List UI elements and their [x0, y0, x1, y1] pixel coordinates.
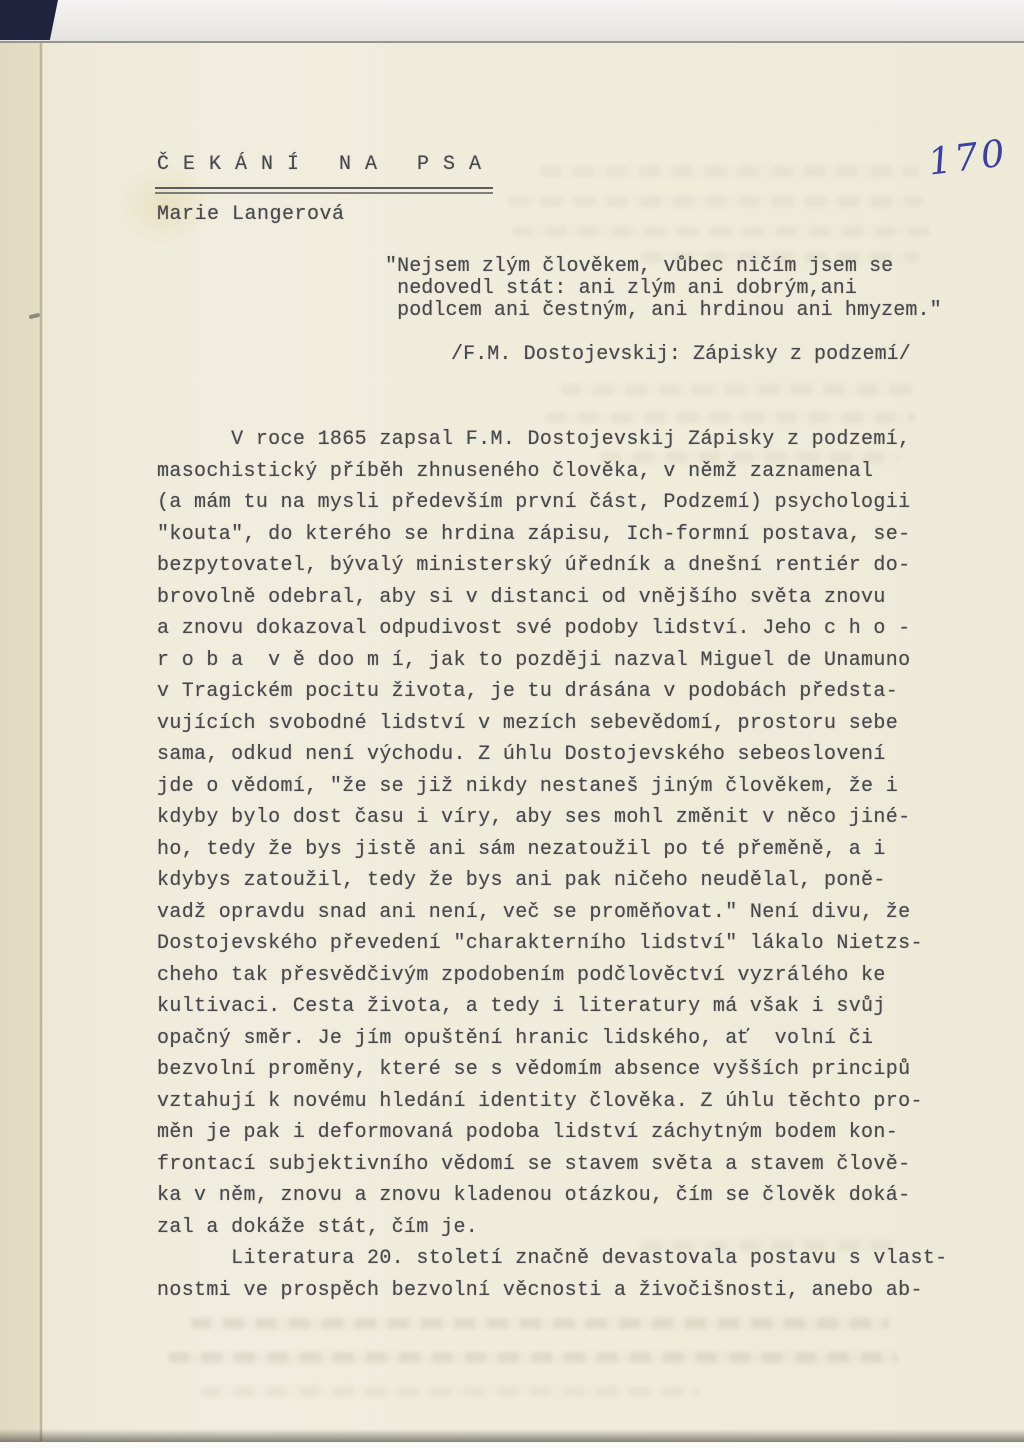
typescript-line: nostmi ve prospěch bezvolní věcnosti a ž…	[157, 1275, 948, 1307]
typescript-line: V roce 1865 zapsal F.M. Dostojevskij Záp…	[157, 424, 948, 456]
bleed-through-text	[512, 226, 932, 237]
typescript-line: kdybys zatoužil, tedy že bys ani pak nič…	[157, 865, 948, 897]
bleed-through-text	[540, 166, 920, 177]
typescript-line: kdyby bylo dost času i víry, aby ses moh…	[157, 802, 948, 834]
typescript-line: Dostojevského převedení "charakterního l…	[157, 928, 948, 960]
typescript-line: a znovu dokazoval odpudivost své podoby …	[157, 613, 948, 645]
typescript-line: podlcem ani čestným, ani hrdinou ani hmy…	[385, 300, 942, 322]
typescript-line: ho, tedy že bys jistě ani sám nezatoužil…	[157, 834, 948, 866]
typescript-line: zal a dokáže stát, čím je.	[157, 1212, 948, 1244]
bleed-through-text	[545, 412, 915, 423]
typescript-line: měn je pak i deformovaná podoba lidství …	[157, 1117, 948, 1149]
scanned-typescript-page: 170 Č E K Á N Í N A P S A Marie Langerov…	[0, 0, 1024, 1448]
typescript-line: "kouta", do kterého se hrdina zápisu, Ic…	[157, 519, 948, 551]
typescript-line: vadž opravdu snad ani není, več se promě…	[157, 897, 948, 929]
bleed-through-text	[168, 1352, 898, 1363]
typescript-line: v Tragickém pocitu života, je tu drásána…	[157, 676, 948, 708]
bleed-through-text	[200, 1386, 700, 1397]
typescript-line: (a mám tu na mysli především první část,…	[157, 487, 948, 519]
typescript-line: opačný směr. Je jím opuštění hranic lids…	[157, 1023, 948, 1055]
body-text: V roce 1865 zapsal F.M. Dostojevskij Záp…	[157, 424, 948, 1306]
scan-bottom-strip	[0, 1442, 1024, 1448]
binding-corner-block	[0, 0, 58, 40]
typescript-line: bezvolní proměny, které se s vědomím abs…	[157, 1054, 948, 1086]
typescript-line: jde o vědomí, "že se již nikdy nestaneš …	[157, 771, 948, 803]
typescript-line: brovolně odebral, aby si v distanci od v…	[157, 582, 948, 614]
bleed-through-text	[560, 384, 920, 395]
typescript-line: cheho tak přesvědčivým zpodobením podčlo…	[157, 960, 948, 992]
page-crease-line	[40, 43, 42, 1441]
page-title: Č E K Á N Í N A P S A	[157, 153, 482, 176]
typescript-line: r o b a v ě doo m í, jak to později nazv…	[157, 645, 948, 677]
epigraph-quote: "Nejsem zlým člověkem, vůbec ničím jsem …	[385, 256, 942, 322]
author-name: Marie Langerová	[157, 203, 345, 226]
typescript-line: kultivaci. Cesta života, a tedy i litera…	[157, 991, 948, 1023]
typescript-line: ka v něm, znovu a znovu kladenou otázkou…	[157, 1180, 948, 1212]
title-underline	[155, 187, 493, 194]
typescript-line: nedovedl stát: ani zlým ani dobrým,ani	[385, 278, 942, 300]
typescript-line: frontací subjektivního vědomí se stavem …	[157, 1149, 948, 1181]
bleed-through-text	[190, 1318, 890, 1329]
epigraph-attribution: /F.M. Dostojevskij: Zápisky z podzemí/	[451, 343, 911, 366]
typescript-line: vztahují k novému hledání identity člově…	[157, 1086, 948, 1118]
typescript-line: Literatura 20. století značně devastoval…	[157, 1243, 948, 1275]
typescript-line: masochistický příběh zhnuseného člověka,…	[157, 456, 948, 488]
bleed-through-text	[508, 196, 923, 207]
page-left-edge	[0, 43, 42, 1443]
typescript-line: bezpytovatel, bývalý ministerský úředník…	[157, 550, 948, 582]
handwritten-page-number: 170	[926, 131, 1010, 183]
typescript-line: "Nejsem zlým člověkem, vůbec ničím jsem …	[385, 256, 942, 278]
typescript-line: sama, odkud není východu. Z úhlu Dostoje…	[157, 739, 948, 771]
typescript-line: vujících svobodné lidství v mezích sebev…	[157, 708, 948, 740]
scan-top-strip	[0, 0, 1024, 43]
page-bottom-shadow	[0, 1429, 1024, 1442]
